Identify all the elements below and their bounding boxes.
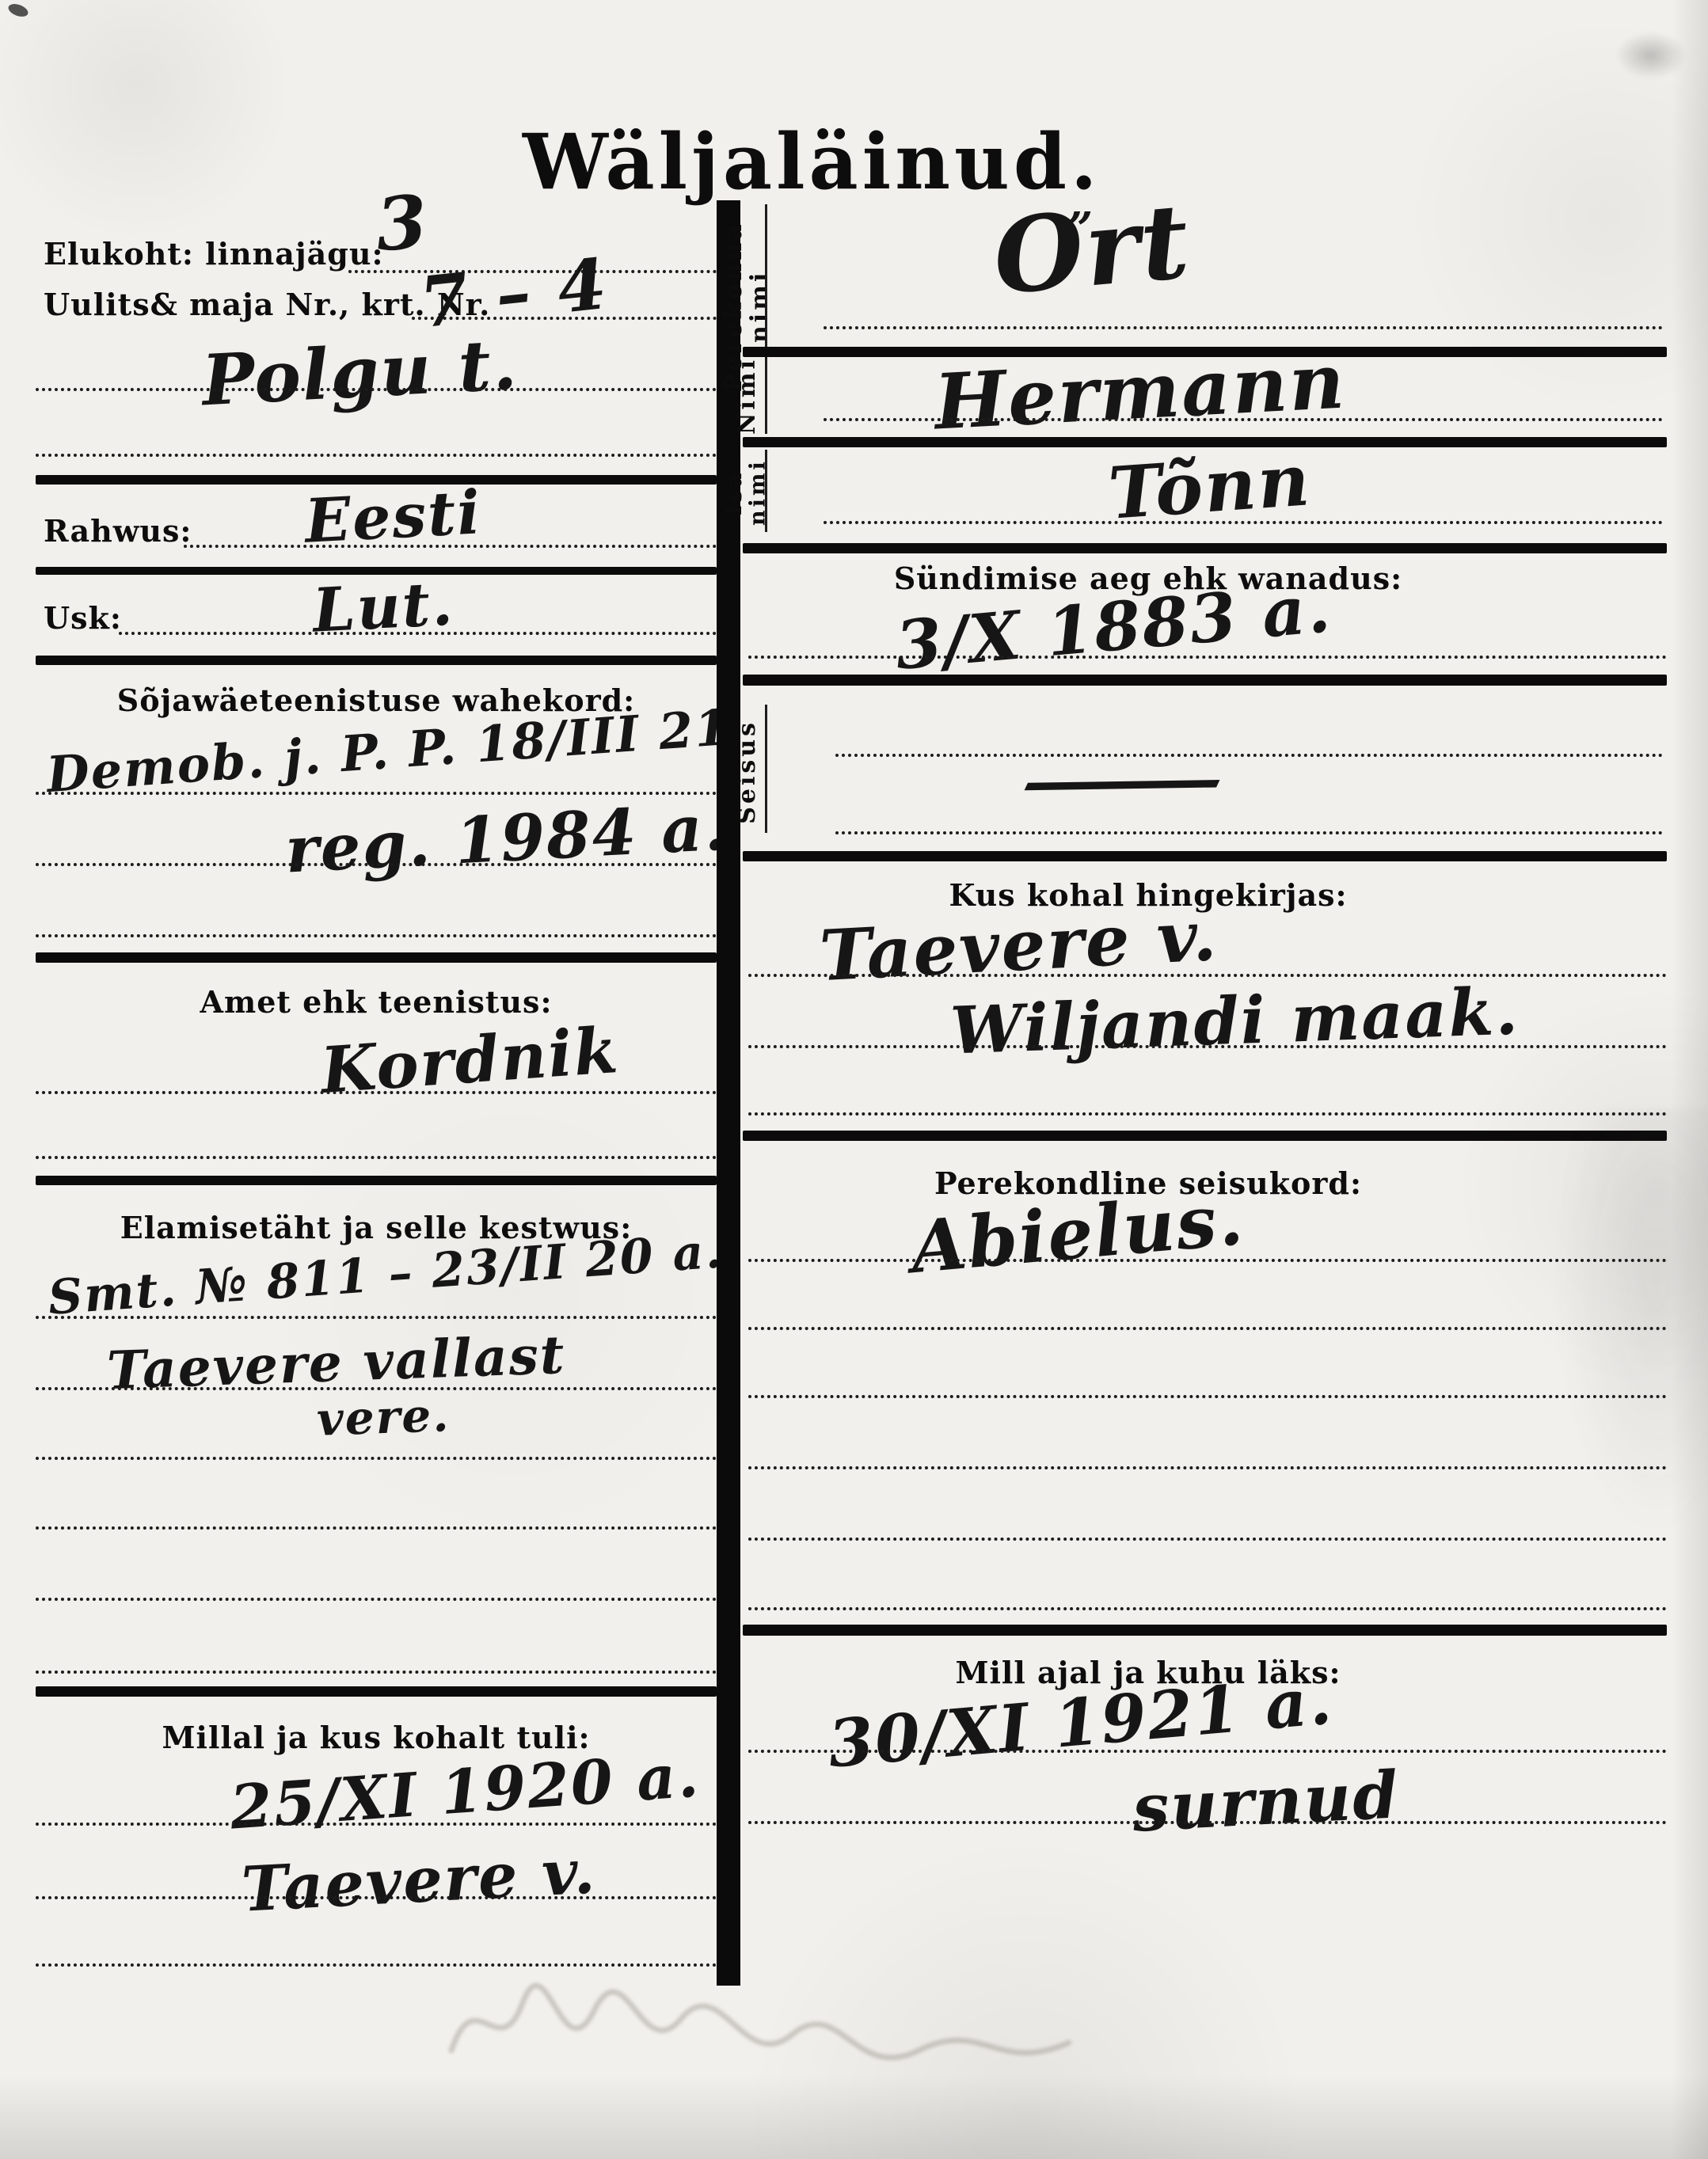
divider-line bbox=[36, 952, 717, 963]
status-label: Seisus bbox=[734, 720, 760, 824]
dotted-line bbox=[748, 1259, 1667, 1262]
dotted-line bbox=[748, 1466, 1667, 1469]
divider-line bbox=[743, 543, 1667, 553]
scan-artifact-right-edge bbox=[1671, 0, 1708, 2159]
parish-register-value-2: Wiljandi maak. bbox=[949, 973, 1521, 1069]
dotted-line bbox=[748, 656, 1667, 659]
military-service-value-2: reg. 1984 a. bbox=[283, 789, 729, 887]
dotted-line bbox=[748, 1112, 1667, 1116]
dotted-line bbox=[748, 1538, 1667, 1541]
dotted-line bbox=[824, 326, 1663, 329]
registration-card-scan: Wäljaläinud. „ Elukoht: linnajägu: 3 Uul… bbox=[0, 0, 1708, 2159]
first-name-label: Nimi bbox=[734, 357, 760, 435]
dotted-line bbox=[36, 1457, 717, 1460]
dotted-line bbox=[824, 418, 1663, 421]
rahwus-label: Rahwus: bbox=[44, 513, 192, 549]
street-name-value: Polgu t. bbox=[200, 323, 520, 422]
first-name-label-box: Nimi bbox=[728, 358, 765, 434]
label-rule bbox=[765, 450, 767, 532]
dotted-line bbox=[36, 1156, 717, 1159]
divider-line bbox=[36, 1686, 717, 1697]
divider-line bbox=[36, 656, 717, 665]
dotted-line bbox=[835, 831, 1663, 834]
label-rule bbox=[765, 705, 767, 833]
divider-line bbox=[743, 1131, 1667, 1141]
dotted-line bbox=[36, 792, 717, 795]
dotted-line bbox=[36, 1671, 717, 1674]
dotted-line bbox=[36, 1598, 717, 1601]
dotted-line bbox=[835, 754, 1663, 757]
family-name-value: Ort bbox=[989, 180, 1195, 317]
dotted-line bbox=[748, 1045, 1667, 1048]
divider-line bbox=[36, 1176, 717, 1185]
dotted-line bbox=[36, 863, 717, 866]
label-rule bbox=[765, 358, 767, 434]
dotted-line bbox=[748, 1750, 1667, 1753]
dotted-line bbox=[36, 1316, 717, 1319]
dotted-line bbox=[36, 1896, 717, 1899]
scan-artifact-right-stain bbox=[1552, 1108, 1708, 1536]
father-name-label: Isa nimi bbox=[723, 450, 770, 535]
dotted-line bbox=[36, 1526, 717, 1530]
usk-label: Usk: bbox=[44, 600, 122, 636]
dotted-line bbox=[748, 1327, 1667, 1330]
dotted-line bbox=[824, 521, 1663, 524]
pencil-scribble bbox=[443, 1956, 1093, 2090]
residence-permit-value-3: vere. bbox=[316, 1388, 451, 1446]
dotted-line bbox=[36, 454, 717, 457]
dotted-line bbox=[748, 1395, 1667, 1398]
scan-artifact-top-right-smudge bbox=[1615, 32, 1687, 79]
status-value-dash: — bbox=[1007, 741, 1241, 819]
dotted-line bbox=[748, 974, 1667, 977]
dotted-line bbox=[36, 388, 717, 391]
elukoht-value: 3 bbox=[373, 179, 431, 268]
status-label-box: Seisus bbox=[728, 709, 765, 835]
father-name-label-box: Isa nimi bbox=[728, 450, 765, 535]
dotted-line bbox=[748, 1821, 1667, 1824]
dotted-line bbox=[184, 545, 717, 548]
dotted-line bbox=[36, 934, 717, 937]
divider-line bbox=[743, 851, 1667, 861]
dotted-line bbox=[748, 1607, 1667, 1610]
dotted-line bbox=[36, 1091, 717, 1094]
dotted-line bbox=[119, 632, 717, 635]
scan-artifact-corner-speck bbox=[6, 2, 29, 19]
dotted-line bbox=[36, 1823, 717, 1826]
arrival-value-2: Taevere v. bbox=[240, 1835, 598, 1925]
elukoht-label: Elukoht: linnajägu: bbox=[44, 236, 384, 272]
departure-value-2: surnud bbox=[1131, 1757, 1402, 1847]
divider-line bbox=[743, 675, 1667, 686]
page-title: Wäljaläinud. bbox=[523, 117, 1045, 207]
divider-line bbox=[743, 1625, 1667, 1636]
